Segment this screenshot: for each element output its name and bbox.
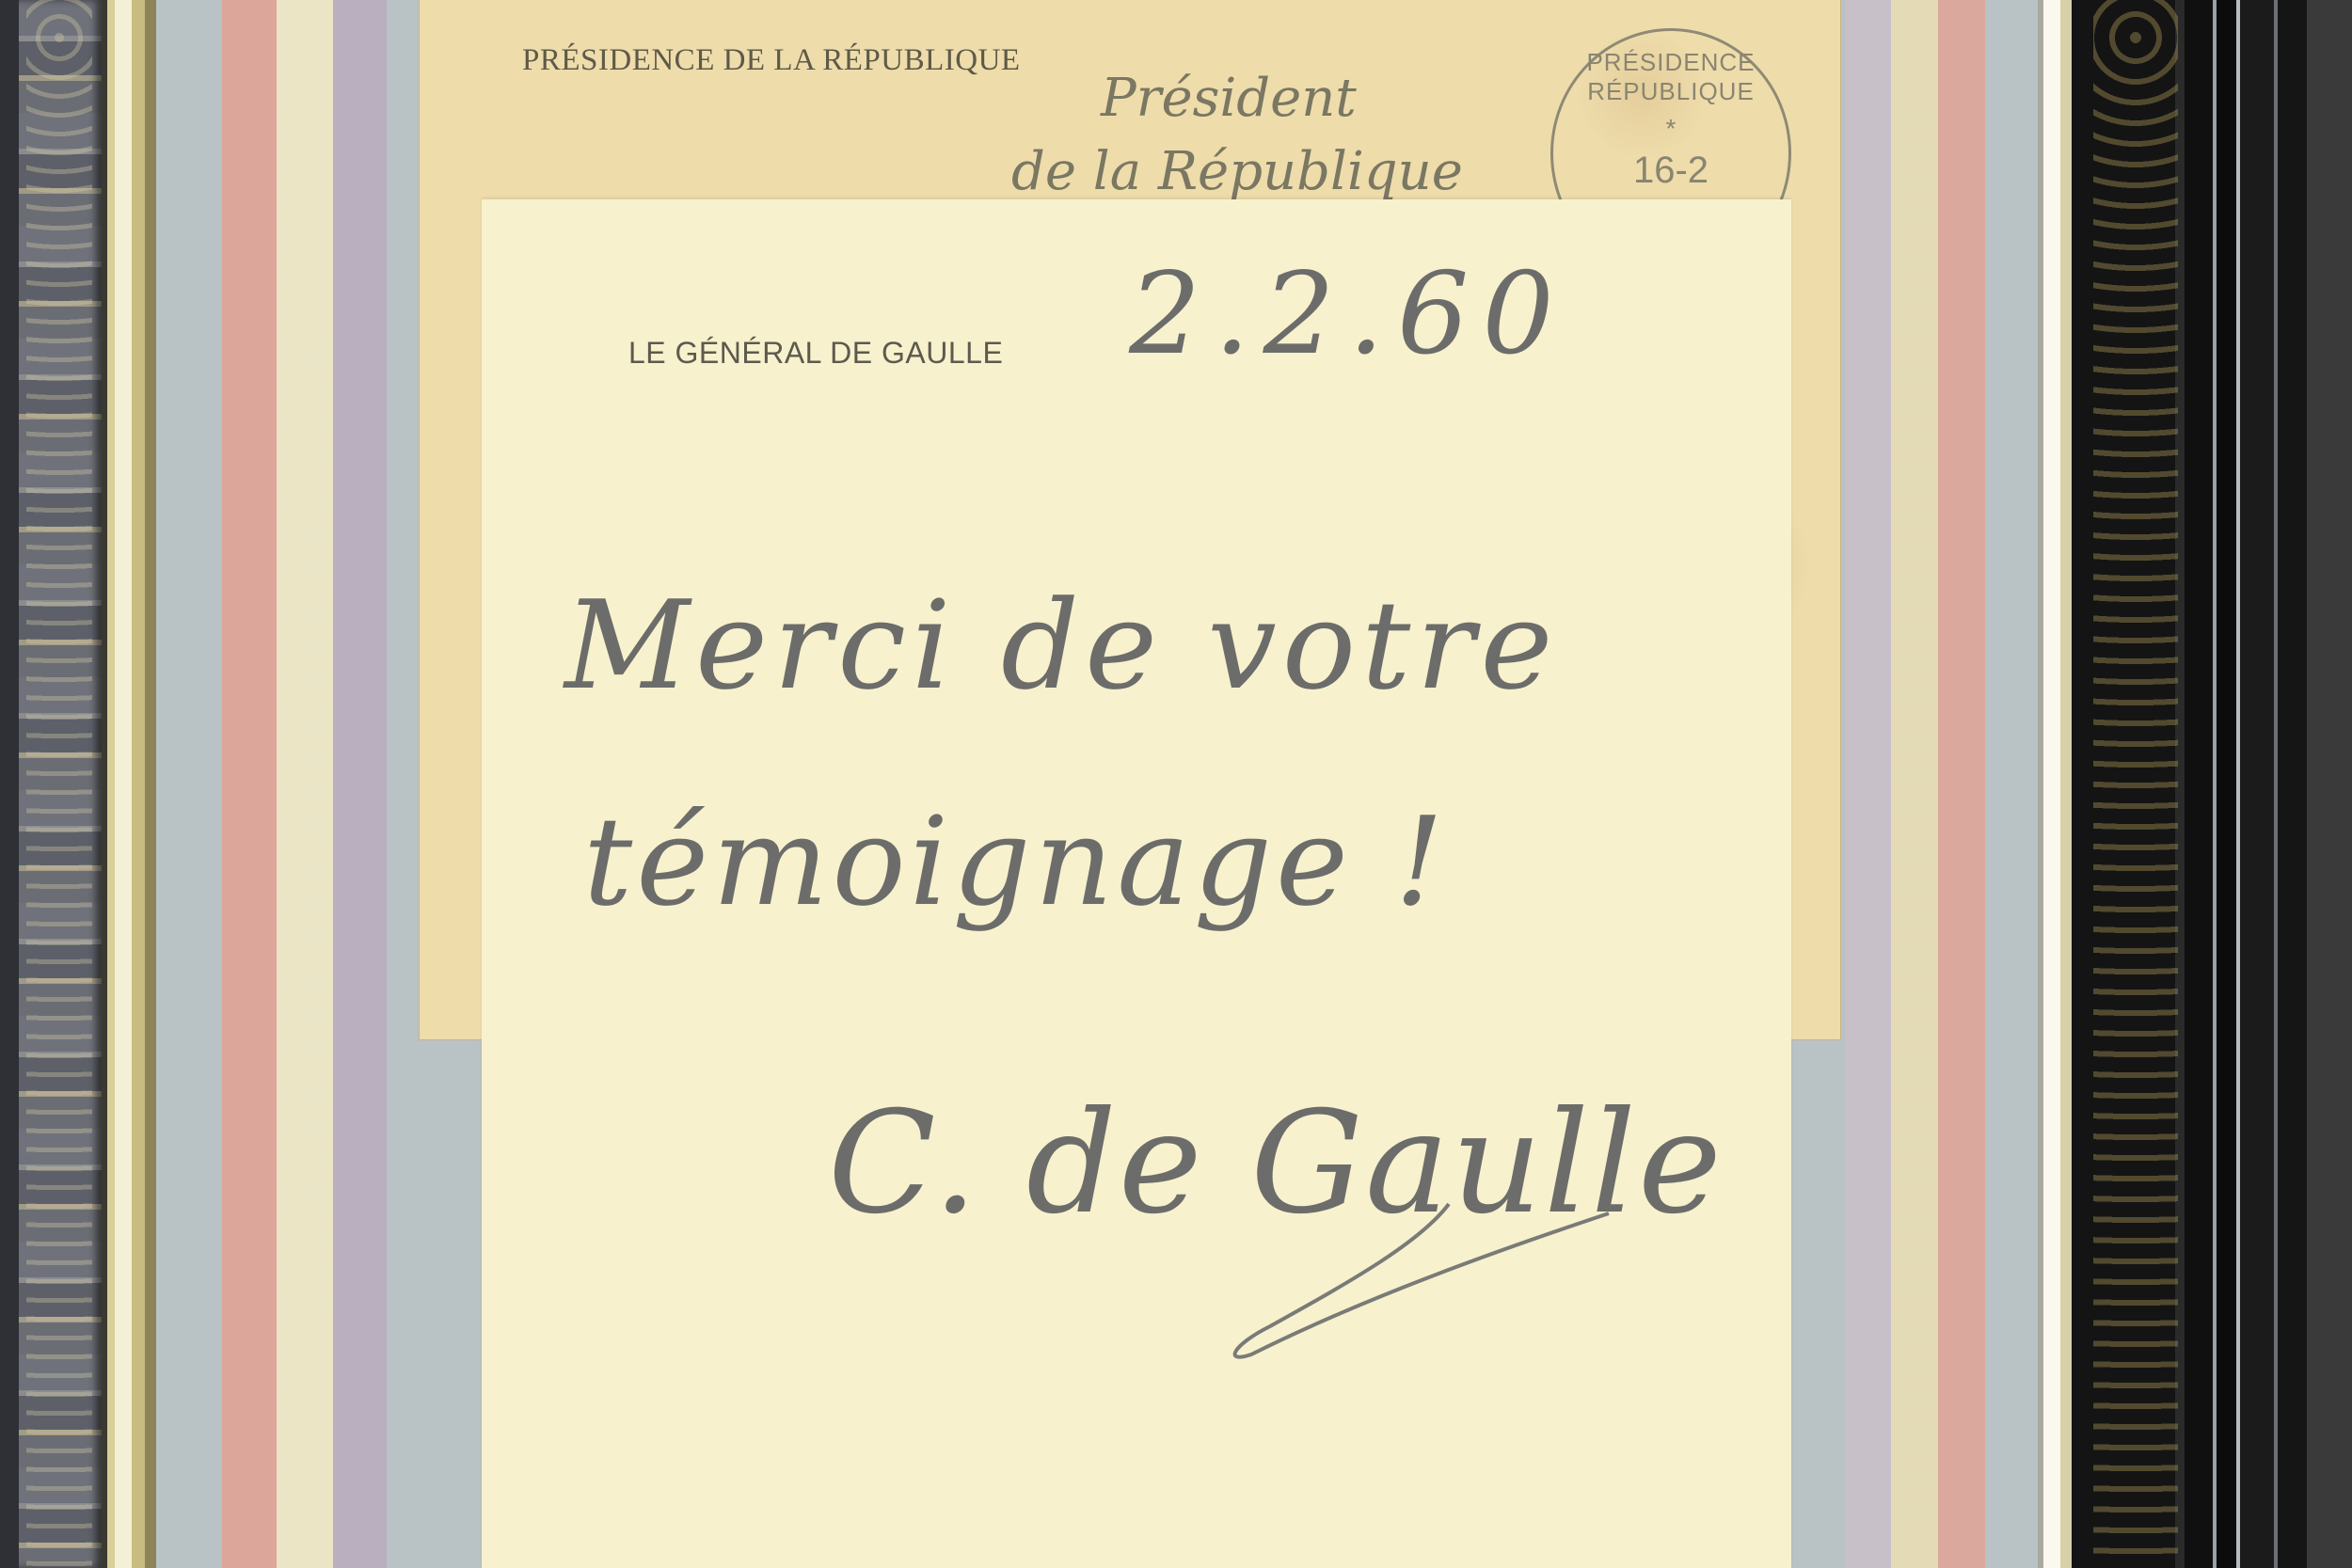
handwritten-message-line1: Merci de votre — [564, 574, 1558, 717]
envelope-heading: PRÉSIDENCE DE LA RÉPUBLIQUE — [522, 43, 1021, 78]
signature-flourish-icon — [1214, 1195, 1618, 1364]
handwritten-message-line2: témoignage ! — [583, 790, 1447, 933]
frame-left-gold-strip — [102, 0, 156, 1568]
postmark-star-icon: * — [1553, 114, 1788, 144]
tricolor-ribbon-left — [222, 0, 387, 1568]
frame-left-floral-pattern — [26, 0, 92, 1568]
handwritten-date: 2.2.60 — [1129, 249, 1567, 380]
card-letterhead: LE GÉNÉRAL DE GAULLE — [628, 336, 1003, 371]
frame-right-gold-strip — [2038, 0, 2072, 1568]
postmark-date: 16-2 — [1553, 150, 1788, 192]
envelope-script-line1: Président — [1101, 68, 1357, 129]
envelope-script-line2: de la République — [1011, 141, 1463, 202]
frame-right-floral-pattern — [2093, 0, 2178, 1568]
tricolor-ribbon-right — [1846, 0, 1985, 1568]
postmark-ring-text: PRÉSIDENCE RÉPUBLIQUE — [1572, 48, 1770, 106]
